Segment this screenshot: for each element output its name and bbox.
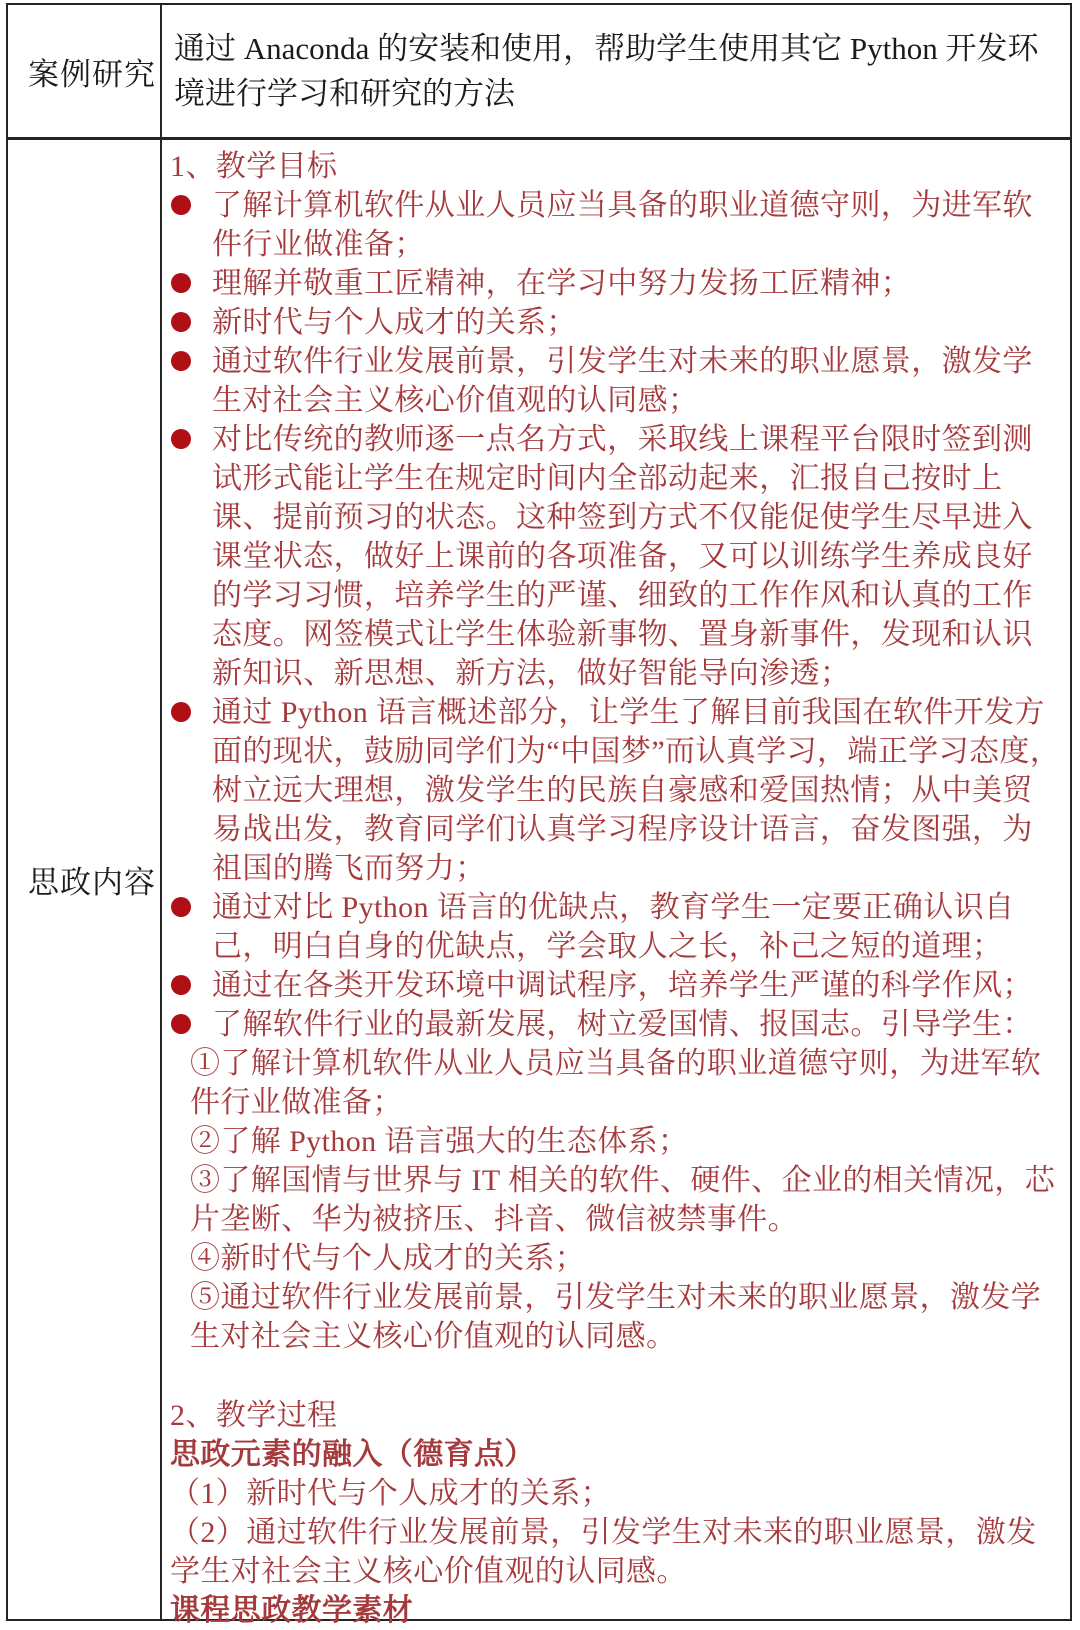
ideology-label: 思政内容 [28, 857, 156, 902]
goal-item: 新时代与个人成才的关系； [170, 303, 1062, 342]
goal-text: 通过软件行业发展前景，引发学生对未来的职业愿景，激发学生对社会主义核心价值观的认… [212, 345, 1033, 417]
goal-text: 通过对比 Python 语言的优缺点，教育学生一定要正确认识自己，明白自身的优缺… [212, 891, 1014, 963]
bullet-icon [171, 897, 191, 917]
moral-point: （1）新时代与个人成才的关系； [170, 1474, 1062, 1513]
materials-heading: 课程思政教学素材 [170, 1591, 1062, 1630]
goal-text: 新时代与个人成才的关系； [212, 306, 577, 339]
ideology-content-cell: 1、教学目标 了解计算机软件从业人员应当具备的职业道德守则，为进军软件行业做准备… [162, 140, 1070, 1619]
guide-point: ⑤通过软件行业发展前景，引发学生对未来的职业愿景，激发学生对社会主义核心价值观的… [190, 1278, 1062, 1356]
case-study-label: 案例研究 [28, 49, 156, 94]
bullet-icon [171, 429, 191, 449]
goal-item: 通过软件行业发展前景，引发学生对未来的职业愿景，激发学生对社会主义核心价值观的认… [170, 342, 1062, 420]
goal-item: 理解并敬重工匠精神，在学习中努力发扬工匠精神； [170, 264, 1062, 303]
bullet-icon [171, 195, 191, 215]
bullet-icon [171, 312, 191, 332]
goal-item: 了解计算机软件从业人员应当具备的职业道德守则，为进军软件行业做准备； [170, 186, 1062, 264]
goal-text: 了解软件行业的最新发展，树立爱国情、报国志。引导学生： [212, 1008, 1033, 1041]
goal-text: 通过在各类开发环境中调试程序，培养学生严谨的科学作风； [212, 969, 1033, 1002]
case-study-content: 通过 Anaconda 的安装和使用，帮助学生使用其它 Python 开发环境进… [174, 26, 1060, 116]
goal-text: 理解并敬重工匠精神，在学习中努力发扬工匠精神； [212, 267, 911, 300]
goal-text: 对比传统的教师逐一点名方式，采取线上课程平台限时签到测试形式能让学生在规定时间内… [212, 423, 1033, 690]
ideology-label-cell: 思政内容 [8, 140, 162, 1619]
teaching-process-title: 2、教学过程 [170, 1396, 1062, 1435]
bullet-icon [171, 273, 191, 293]
guide-point: ②了解 Python 语言强大的生态体系； [190, 1122, 1062, 1161]
goal-item: 对比传统的教师逐一点名方式，采取线上课程平台限时签到测试形式能让学生在规定时间内… [170, 420, 1062, 693]
bullet-icon [171, 702, 191, 722]
teaching-goals-title: 1、教学目标 [170, 147, 1062, 186]
case-study-content-cell: 通过 Anaconda 的安装和使用，帮助学生使用其它 Python 开发环境进… [162, 5, 1070, 140]
goal-text: 通过 Python 语言概述部分，让学生了解目前我国在软件开发方面的现状，鼓励同… [212, 696, 1060, 885]
goal-item: 通过 Python 语言概述部分，让学生了解目前我国在软件开发方面的现状，鼓励同… [170, 693, 1062, 888]
case-study-label-cell: 案例研究 [8, 5, 162, 140]
teaching-goals-list: 了解计算机软件从业人员应当具备的职业道德守则，为进军软件行业做准备； 理解并敬重… [170, 186, 1062, 1356]
lesson-plan-table: 案例研究 通过 Anaconda 的安装和使用，帮助学生使用其它 Python … [6, 3, 1072, 1621]
moral-points-heading: 思政元素的融入（德育点） [170, 1435, 1062, 1474]
moral-point: （2）通过软件行业发展前景，引发学生对未来的职业愿景，激发学生对社会主义核心价值… [170, 1513, 1062, 1591]
guide-point: ③了解国情与世界与 IT 相关的软件、硬件、企业的相关情况，芯片垄断、华为被挤压… [190, 1161, 1062, 1239]
goal-text: 了解计算机软件从业人员应当具备的职业道德守则，为进军软件行业做准备； [212, 189, 1033, 261]
guide-point: ①了解计算机软件从业人员应当具备的职业道德守则，为进军软件行业做准备； [190, 1044, 1062, 1122]
goal-item: 了解软件行业的最新发展，树立爱国情、报国志。引导学生： ①了解计算机软件从业人员… [170, 1005, 1062, 1356]
bullet-icon [171, 351, 191, 371]
goal-item: 通过在各类开发环境中调试程序，培养学生严谨的科学作风； [170, 966, 1062, 1005]
guide-point: ④新时代与个人成才的关系； [190, 1239, 1062, 1278]
bullet-icon [171, 975, 191, 995]
bullet-icon [171, 1014, 191, 1034]
goal-item: 通过对比 Python 语言的优缺点，教育学生一定要正确认识自己，明白自身的优缺… [170, 888, 1062, 966]
